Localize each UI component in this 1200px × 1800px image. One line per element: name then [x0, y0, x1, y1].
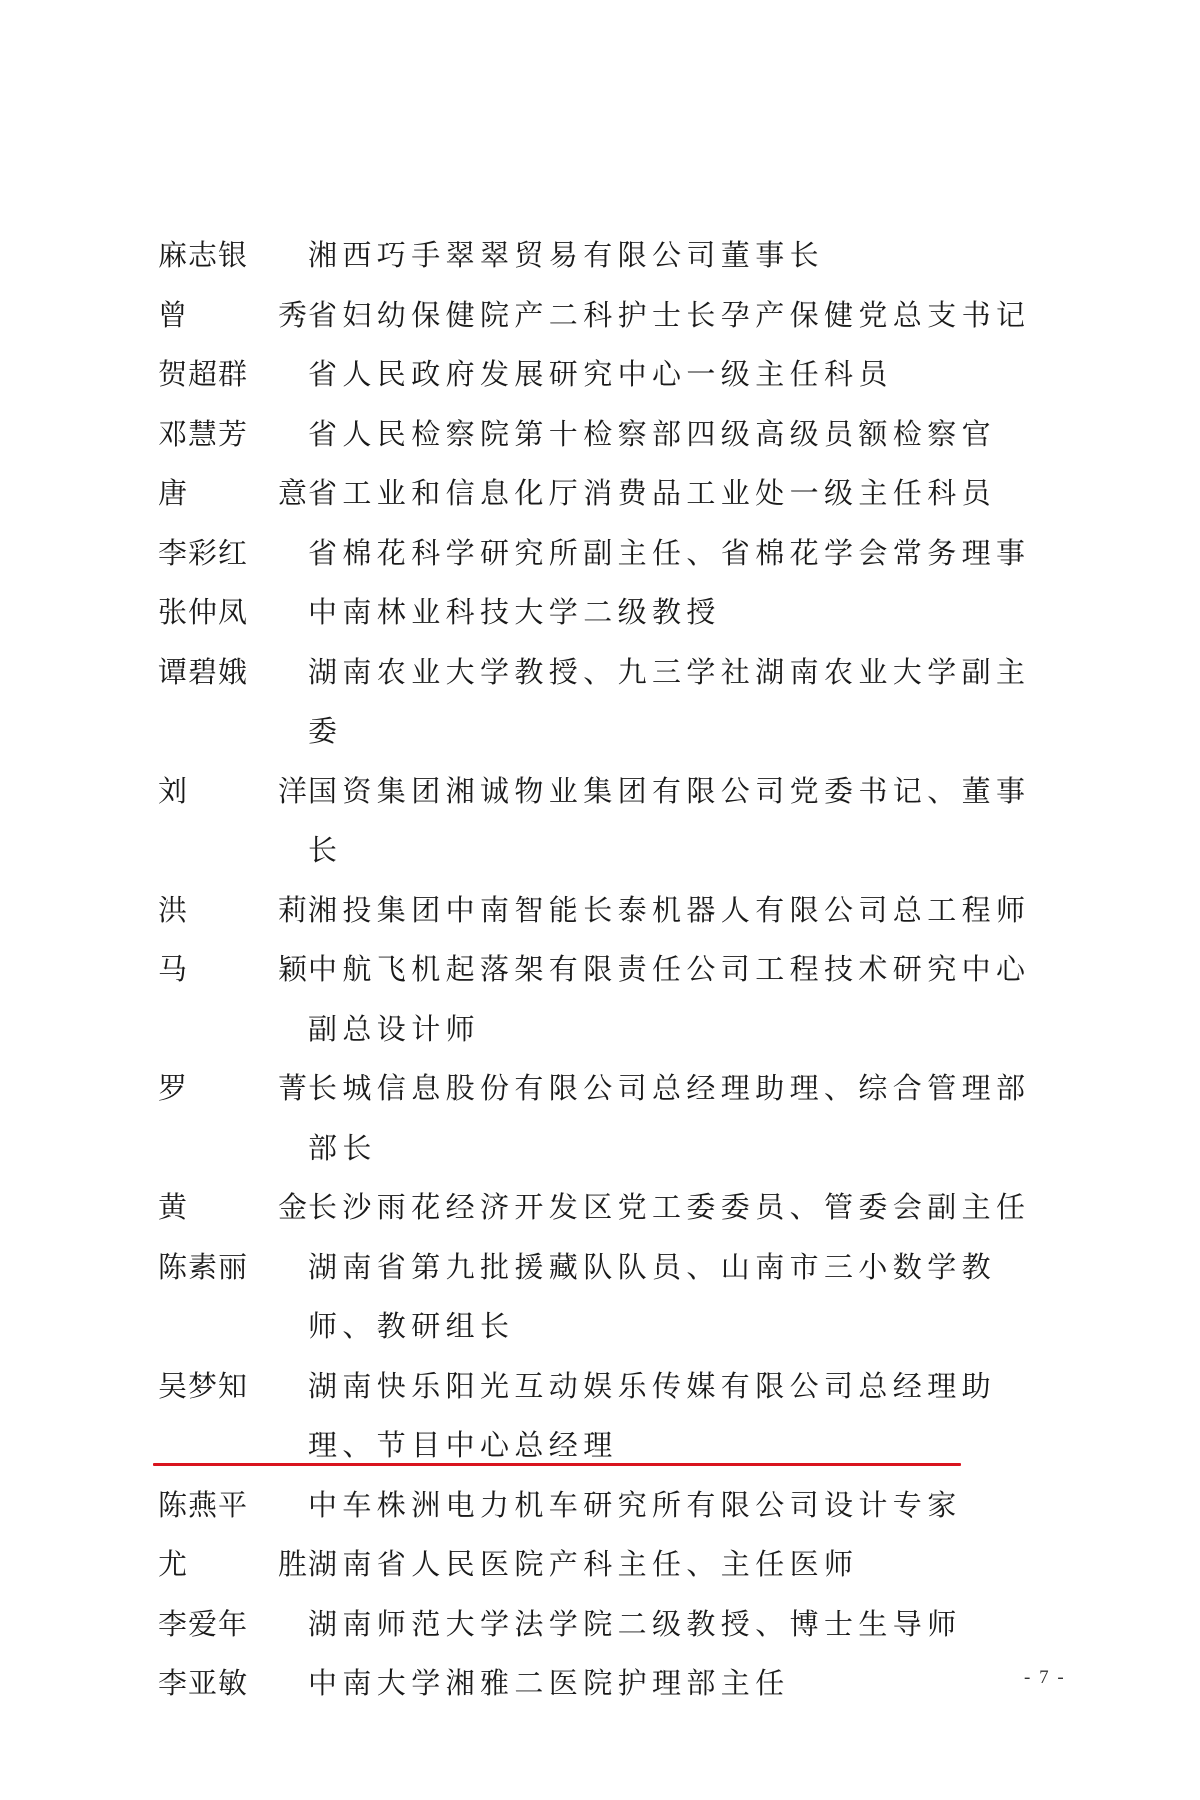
person-name: 邓慧芳 — [158, 405, 308, 465]
person-name: 李爱年 — [158, 1595, 308, 1655]
person-title: 湘投集团中南智能长泰机器人有限公司总工程师 — [308, 881, 1048, 941]
person-name: 陈素丽 — [158, 1238, 308, 1298]
name-char: 洪 — [158, 881, 188, 941]
name-char: 颖 — [278, 940, 308, 1000]
page-number: - 7 - — [1024, 1667, 1066, 1689]
person-name: 尤胜 — [158, 1535, 308, 1595]
list-item: 曾秀 省妇幼保健院产二科护士长孕产保健党总支书记 — [158, 286, 1058, 346]
name-char: 秀 — [278, 286, 308, 346]
list-item: 刘洋 国资集团湘诚物业集团有限公司党委书记、董事长 — [158, 762, 1058, 881]
person-title: 省妇幼保健院产二科护士长孕产保健党总支书记 — [308, 286, 1048, 346]
name-char: 曾 — [158, 286, 188, 346]
person-title: 中南大学湘雅二医院护理部主任 — [308, 1654, 1048, 1714]
person-title: 中航飞机起落架有限责任公司工程技术研究中心副总设计师 — [308, 940, 1048, 1059]
person-name: 马颖 — [158, 940, 308, 1000]
person-name: 谭碧娥 — [158, 643, 308, 703]
member-list: 麻志银 湘西巧手翠翠贸易有限公司董事长 曾秀 省妇幼保健院产二科护士长孕产保健党… — [158, 226, 1058, 1714]
person-title: 长城信息股份有限公司总经理助理、综合管理部部长 — [308, 1059, 1048, 1178]
name-char: 尤 — [158, 1535, 188, 1595]
person-title: 省工业和信息化厅消费品工业处一级主任科员 — [308, 464, 1048, 524]
name-char: 马 — [158, 940, 188, 1000]
person-title: 长沙雨花经济开发区党工委委员、管委会副主任 — [308, 1178, 1048, 1238]
list-item: 李亚敏 中南大学湘雅二医院护理部主任 — [158, 1654, 1058, 1714]
name-char: 莉 — [278, 881, 308, 941]
person-name: 洪莉 — [158, 881, 308, 941]
name-char: 黄 — [158, 1178, 188, 1238]
person-title: 湖南师范大学法学院二级教授、博士生导师 — [308, 1595, 1048, 1655]
person-title: 中南林业科技大学二级教授 — [308, 583, 1048, 643]
person-title: 省人民政府发展研究中心一级主任科员 — [308, 345, 1048, 405]
list-item: 罗菁 长城信息股份有限公司总经理助理、综合管理部部长 — [158, 1059, 1058, 1178]
name-char: 唐 — [158, 464, 188, 524]
person-title: 湖南快乐阳光互动娱乐传媒有限公司总经理助理、节目中心总经理 — [308, 1357, 1048, 1476]
person-title: 湖南农业大学教授、九三学社湖南农业大学副主委 — [308, 643, 1048, 762]
name-char: 洋 — [278, 762, 308, 822]
person-name: 张仲凤 — [158, 583, 308, 643]
document-page: 麻志银 湘西巧手翠翠贸易有限公司董事长 曾秀 省妇幼保健院产二科护士长孕产保健党… — [0, 0, 1200, 1800]
list-item: 贺超群 省人民政府发展研究中心一级主任科员 — [158, 345, 1058, 405]
person-name: 贺超群 — [158, 345, 308, 405]
name-char: 菁 — [278, 1059, 308, 1119]
name-char: 罗 — [158, 1059, 188, 1119]
person-title: 中车株洲电力机车研究所有限公司设计专家 — [308, 1476, 1048, 1536]
list-item-highlighted: 李爱年 湖南师范大学法学院二级教授、博士生导师 — [158, 1595, 1058, 1655]
list-item: 张仲凤 中南林业科技大学二级教授 — [158, 583, 1058, 643]
person-name: 黄金 — [158, 1178, 308, 1238]
list-item: 唐意 省工业和信息化厅消费品工业处一级主任科员 — [158, 464, 1058, 524]
person-title: 省棉花科学研究所副主任、省棉花学会常务理事 — [308, 524, 1048, 584]
list-item: 马颖 中航飞机起落架有限责任公司工程技术研究中心副总设计师 — [158, 940, 1058, 1059]
list-item: 尤胜 湖南省人民医院产科主任、主任医师 — [158, 1535, 1058, 1595]
person-name: 陈燕平 — [158, 1476, 308, 1536]
name-char: 胜 — [278, 1535, 308, 1595]
list-item: 陈燕平 中车株洲电力机车研究所有限公司设计专家 — [158, 1476, 1058, 1536]
person-name: 李亚敏 — [158, 1654, 308, 1714]
person-title: 省人民检察院第十检察部四级高级员额检察官 — [308, 405, 1048, 465]
name-char: 金 — [278, 1178, 308, 1238]
list-item: 李彩红 省棉花科学研究所副主任、省棉花学会常务理事 — [158, 524, 1058, 584]
person-title: 湖南省人民医院产科主任、主任医师 — [308, 1535, 1048, 1595]
person-name: 麻志银 — [158, 226, 308, 286]
person-name: 罗菁 — [158, 1059, 308, 1119]
person-title: 湘西巧手翠翠贸易有限公司董事长 — [308, 226, 1048, 286]
person-name: 刘洋 — [158, 762, 308, 822]
list-item: 邓慧芳 省人民检察院第十检察部四级高级员额检察官 — [158, 405, 1058, 465]
list-item: 洪莉 湘投集团中南智能长泰机器人有限公司总工程师 — [158, 881, 1058, 941]
person-title: 湖南省第九批援藏队队员、山南市三小数学教师、教研组长 — [308, 1238, 1048, 1357]
name-char: 意 — [278, 464, 308, 524]
list-item: 麻志银 湘西巧手翠翠贸易有限公司董事长 — [158, 226, 1058, 286]
person-title: 国资集团湘诚物业集团有限公司党委书记、董事长 — [308, 762, 1048, 881]
list-item: 谭碧娥 湖南农业大学教授、九三学社湖南农业大学副主委 — [158, 643, 1058, 762]
red-highlight-underline — [153, 1463, 961, 1466]
name-char: 刘 — [158, 762, 188, 822]
list-item: 黄金 长沙雨花经济开发区党工委委员、管委会副主任 — [158, 1178, 1058, 1238]
list-item: 陈素丽 湖南省第九批援藏队队员、山南市三小数学教师、教研组长 — [158, 1238, 1058, 1357]
person-name: 唐意 — [158, 464, 308, 524]
person-name: 李彩红 — [158, 524, 308, 584]
person-name: 曾秀 — [158, 286, 308, 346]
list-item: 吴梦知 湖南快乐阳光互动娱乐传媒有限公司总经理助理、节目中心总经理 — [158, 1357, 1058, 1476]
person-name: 吴梦知 — [158, 1357, 308, 1417]
